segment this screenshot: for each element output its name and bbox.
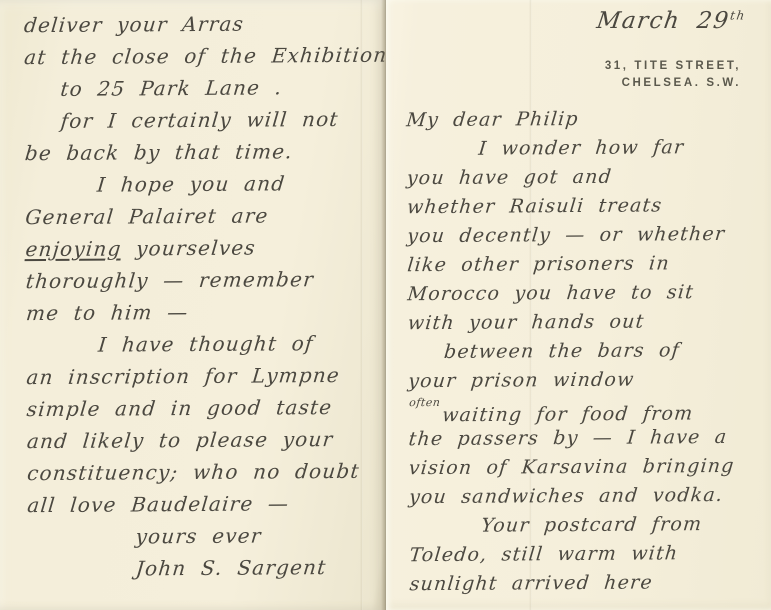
handwriting-line: constituency; who no doubt bbox=[26, 455, 381, 489]
handwriting-line: between the bars of bbox=[407, 336, 767, 368]
handwriting-line: you sandwiches and vodka. bbox=[408, 481, 768, 513]
right-page-lines: My dear PhilipI wonder how faryou have g… bbox=[384, 104, 771, 600]
handwriting-line: Toledo, still warm with bbox=[408, 539, 768, 571]
handwriting-line: you have got and bbox=[405, 162, 765, 194]
handwriting-line: whether Raisuli treats bbox=[406, 191, 766, 223]
letter-page-right: March 29th 31, TITE STREET, CHELSEA. S.W… bbox=[386, 0, 771, 610]
handwriting-line: and likely to please your bbox=[25, 423, 380, 457]
handwriting-line: all love Baudelaire — bbox=[26, 487, 381, 521]
handwriting-line: Morocco you have to sit bbox=[406, 278, 766, 310]
handwriting-line: Your postcard from bbox=[408, 510, 768, 542]
letterhead-street: 31, TITE STREET, bbox=[386, 58, 741, 75]
inserted-word: often bbox=[409, 396, 441, 409]
handwriting-line: yours ever bbox=[26, 519, 381, 553]
handwriting-line: I hope you and bbox=[24, 167, 379, 201]
date-text: March 29 bbox=[595, 8, 731, 34]
handwriting-line: vision of Karsavina bringing bbox=[407, 452, 767, 484]
handwriting-line: deliver your Arras bbox=[23, 7, 378, 41]
handwriting-line: I have thought of bbox=[25, 327, 380, 361]
handwriting-line: with your hands out bbox=[406, 307, 766, 339]
handwriting-line: enjoying yourselves bbox=[24, 231, 379, 265]
handwriting-line: thoroughly — remember bbox=[24, 263, 379, 297]
handwriting-line: I wonder how far bbox=[405, 133, 765, 165]
handwriting-line: oftenwaiting for food from bbox=[407, 394, 767, 426]
letter-page-left: deliver your Arrasat the close of the Ex… bbox=[0, 0, 386, 610]
handwriting-line: for I certainly will not bbox=[23, 103, 378, 137]
letterhead-city: CHELSEA. S.W. bbox=[386, 75, 741, 92]
letter-scan: deliver your Arrasat the close of the Ex… bbox=[0, 0, 771, 610]
handwriting-line: sunlight arrived here bbox=[408, 568, 768, 600]
printed-letterhead: 31, TITE STREET, CHELSEA. S.W. bbox=[386, 58, 771, 92]
handwriting-line: be back by that time. bbox=[23, 135, 378, 169]
handwriting-line: like other prisoners in bbox=[406, 249, 766, 281]
handwriting-line: an inscription for Lympne bbox=[25, 359, 380, 393]
handwriting-line: you decently — or whether bbox=[406, 220, 766, 252]
left-page-lines: deliver your Arrasat the close of the Ex… bbox=[0, 0, 388, 585]
handwriting-line: at the close of the Exhibition bbox=[23, 39, 378, 73]
letter-date: March 29th bbox=[383, 0, 771, 42]
handwriting-line: your prison window bbox=[407, 365, 767, 397]
date-suffix: th bbox=[729, 8, 747, 22]
handwriting-line: John S. Sargent bbox=[26, 551, 381, 585]
handwriting-line: to 25 Park Lane . bbox=[23, 71, 378, 105]
handwriting-line: simple and in good taste bbox=[25, 391, 380, 425]
handwriting-line: My dear Philip bbox=[405, 104, 765, 136]
handwriting-line: the passers by — I have a bbox=[407, 423, 767, 455]
handwriting-line: me to him — bbox=[25, 295, 380, 329]
handwriting-line: General Palairet are bbox=[24, 199, 379, 233]
